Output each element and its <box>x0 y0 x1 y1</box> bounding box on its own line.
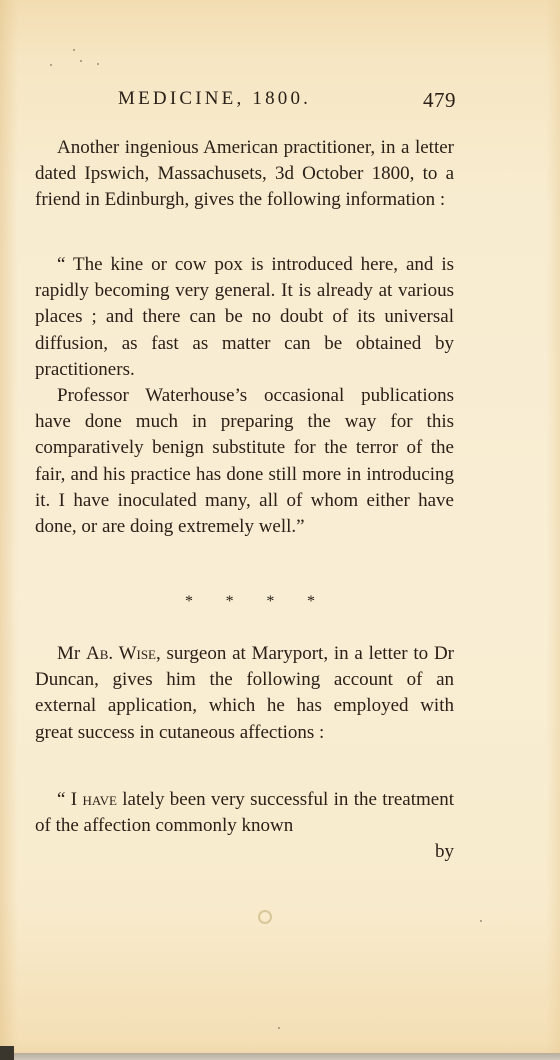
page-bottom-edge <box>0 1053 560 1060</box>
paragraph-text: “ The kine or cow pox is introduced here… <box>35 252 454 383</box>
paper-speck <box>480 920 482 922</box>
paragraph-text: Professor Waterhouse’s occasional public… <box>35 383 454 540</box>
asterisk-icon: * <box>226 593 234 611</box>
paragraph-quote-wise: “ I have lately been very successful in … <box>35 787 454 866</box>
paragraph-waterhouse: Professor Waterhouse’s occasional public… <box>35 383 454 540</box>
section-break: * * * * <box>185 593 315 611</box>
paper-speck <box>97 63 99 65</box>
catchword: by <box>35 839 454 865</box>
page-corner-shadow <box>0 1046 14 1060</box>
running-head-title: MEDICINE, 1800. <box>118 88 311 110</box>
page-edge-left <box>0 0 18 1060</box>
smallcaps-word: have <box>82 789 116 810</box>
asterisk-icon: * <box>307 593 315 611</box>
paper-speck <box>50 64 52 66</box>
paragraph-prefix: Mr <box>57 643 86 664</box>
paper-speck <box>80 60 82 62</box>
running-head: MEDICINE, 1800. 479 <box>118 88 458 118</box>
paragraph-text: Mr Ab. Wise, surgeon at Maryport, in a l… <box>35 641 454 746</box>
paragraph-wise-letter: Mr Ab. Wise, surgeon at Maryport, in a l… <box>35 641 454 746</box>
paragraph-prefix: “ I <box>57 789 82 810</box>
asterisk-icon: * <box>266 593 274 611</box>
asterisk-icon: * <box>185 593 193 611</box>
paper-speck <box>73 49 75 51</box>
paragraph-text: Another ingenious American practitioner,… <box>35 135 454 214</box>
paper-speck <box>278 1027 280 1029</box>
page-edge-right <box>546 0 560 1060</box>
author-name: Ab. Wise <box>86 643 156 664</box>
paragraph-quote-kine-pox: “ The kine or cow pox is introduced here… <box>35 252 454 383</box>
paragraph-text: “ I have lately been very successful in … <box>35 787 454 839</box>
paper-stain <box>258 910 272 924</box>
page-number: 479 <box>423 88 456 113</box>
paragraph-intro: Another ingenious American practitioner,… <box>35 135 454 214</box>
